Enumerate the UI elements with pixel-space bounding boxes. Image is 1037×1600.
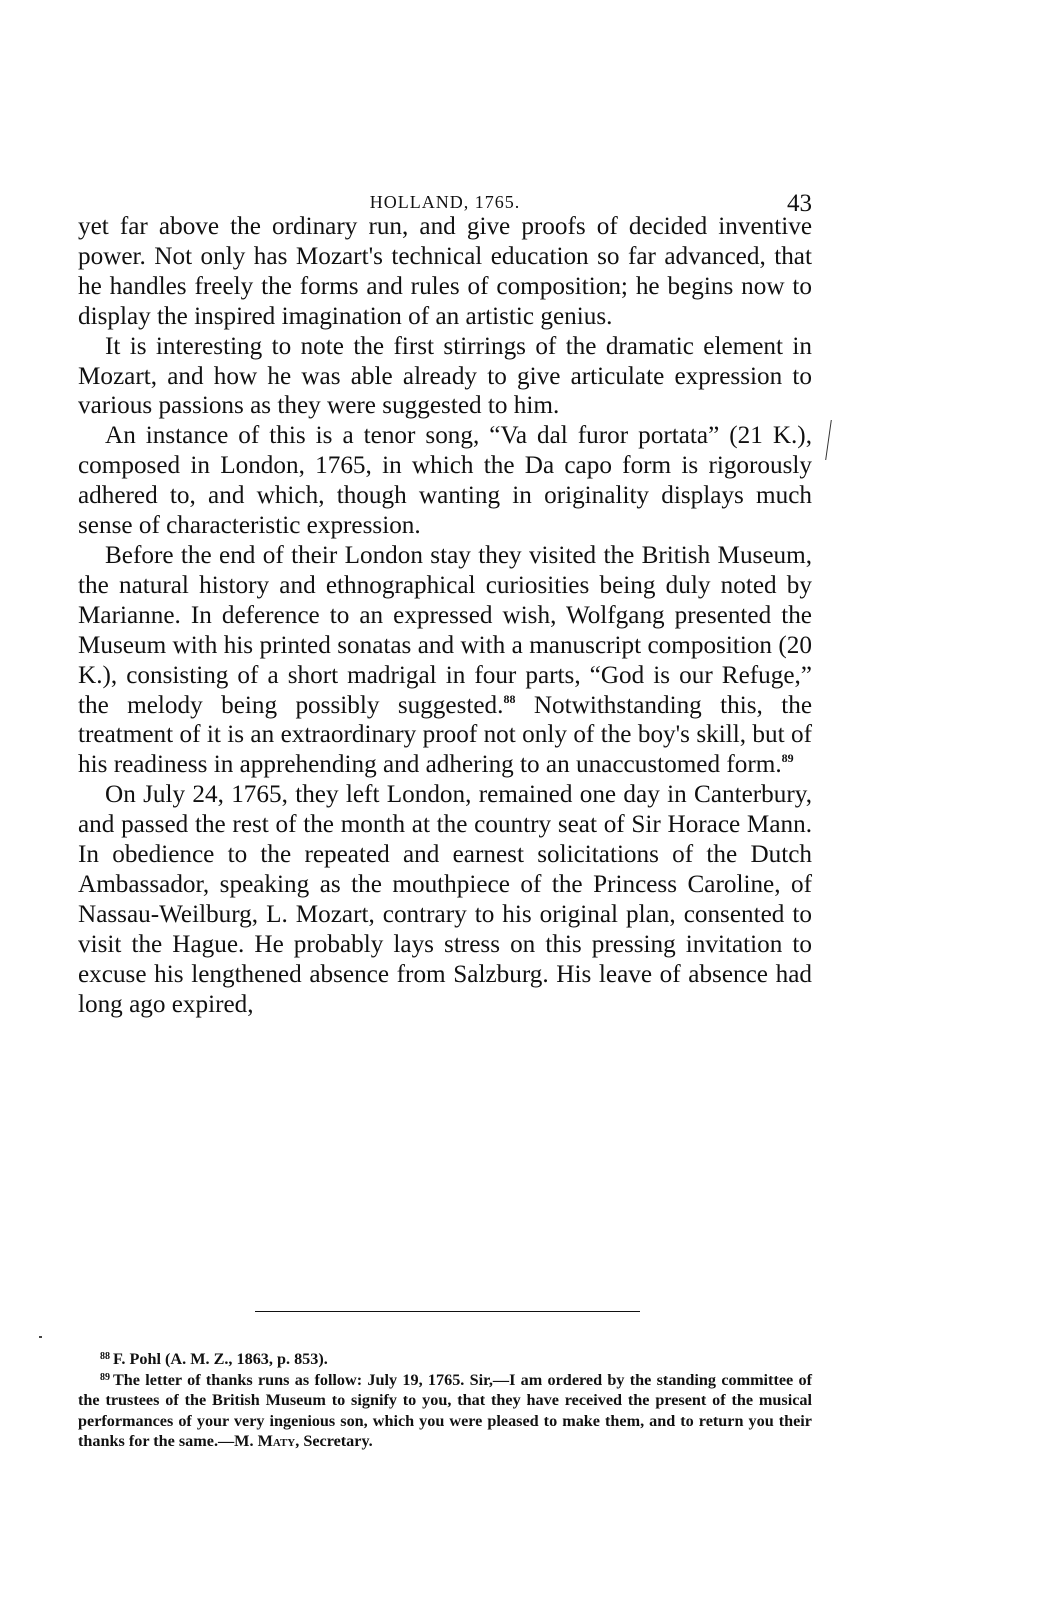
paragraph-continued: yet far above the ordinary run, and give… xyxy=(78,212,812,332)
footnote-mark: 89 xyxy=(100,1372,110,1383)
footnote-text: The letter of thanks runs as follow: Jul… xyxy=(78,1371,812,1451)
paragraph-tenor-song: An instance of this is a tenor song, “Va… xyxy=(78,421,812,541)
footnote-mark: 88 xyxy=(100,1351,110,1362)
paragraph-left-london: On July 24, 1765, they left London, rema… xyxy=(78,780,812,1019)
paragraph-dramatic-element: It is interesting to note the first stir… xyxy=(78,332,812,422)
footnote-text: , Secretary. xyxy=(295,1432,372,1450)
footnote-text: F. Pohl (A. M. Z., 1863, p. 853). xyxy=(113,1350,328,1368)
book-page: HOLLAND, 1765. 43 yet far above the ordi… xyxy=(0,0,1037,1600)
margin-pencil-mark xyxy=(825,420,842,460)
running-title: HOLLAND, 1765. xyxy=(78,192,812,213)
paragraph-british-museum: Before the end of their London stay they… xyxy=(78,541,812,780)
footnote-divider xyxy=(255,1311,640,1312)
footnotes: 88F. Pohl (A. M. Z., 1863, p. 853). 89Th… xyxy=(78,1349,812,1452)
footnote-89: 89The letter of thanks runs as follow: J… xyxy=(78,1370,812,1452)
footnote-reference-89[interactable]: 89 xyxy=(782,751,794,765)
footnote-reference-88[interactable]: 88 xyxy=(503,692,515,706)
scan-speck xyxy=(39,1336,42,1338)
secretary-name: Maty xyxy=(258,1432,296,1450)
footnote-88: 88F. Pohl (A. M. Z., 1863, p. 853). xyxy=(78,1349,812,1370)
body-text: yet far above the ordinary run, and give… xyxy=(78,212,812,1019)
